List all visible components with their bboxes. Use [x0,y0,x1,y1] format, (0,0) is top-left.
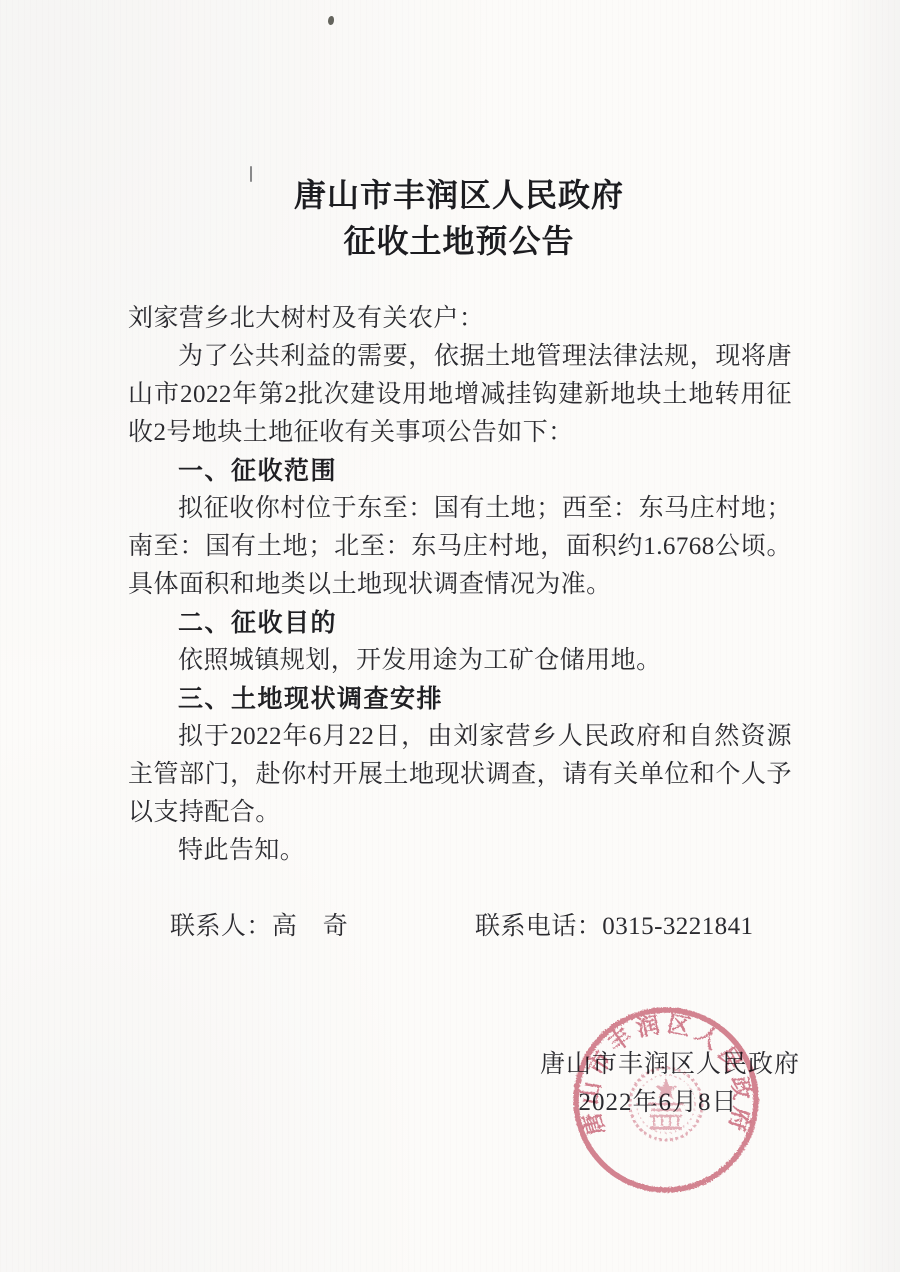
title-line-1: 唐山市丰润区人民政府 [9,172,900,218]
paragraph-intro: 为了公共利益的需要，依据土地管理法律法规，现将唐山市2022年第2批次建设用地增… [128,338,792,452]
contact-person: 联系人：高 奇 [170,908,348,946]
contact-row: 联系人：高 奇 联系电话：0315-3221841 [128,908,792,946]
paragraph-survey: 拟于2022年6月22日，由刘家营乡人民政府和自然资源主管部门，赴你村开展土地现… [128,718,792,832]
heading-scope: 一、征收范围 [128,452,792,490]
signature-issuer: 唐山市丰润区人民政府 [540,1046,800,1084]
contact-person-name: 高 奇 [272,913,348,940]
document-title: 唐山市丰润区人民政府 征收土地预公告 [9,172,900,264]
contact-phone-number: 0315-3221841 [602,913,753,940]
scan-speck [328,16,334,25]
signature-date: 2022年6月8日 [578,1084,737,1122]
contact-person-label: 联系人： [170,913,272,940]
signature-block: 唐山市丰润区人民政府 2022年6月8日 [540,1046,800,1122]
contact-phone: 联系电话：0315-3221841 [475,908,754,946]
paragraph-scope: 拟征收你村位于东至：国有土地；西至：东马庄村地；南至：国有土地；北至：东马庄村地… [128,490,792,604]
scanned-document-page: 唐山市丰润区人民政府 征收土地预公告 刘家营乡北大树村及有关农户： 为了公共利益… [0,0,900,1272]
salutation: 刘家营乡北大树村及有关农户： [128,300,792,338]
paragraph-purpose: 依照城镇规划，开发用途为工矿仓储用地。 [128,642,792,680]
document-body: 刘家营乡北大树村及有关农户： 为了公共利益的需要，依据土地管理法律法规，现将唐山… [128,300,792,946]
heading-purpose: 二、征收目的 [128,604,792,642]
contact-phone-label: 联系电话： [475,913,602,940]
heading-survey-arrangement: 三、土地现状调查安排 [128,680,792,718]
paragraph-closing: 特此告知。 [128,832,792,870]
title-line-2: 征收土地预公告 [9,218,900,264]
